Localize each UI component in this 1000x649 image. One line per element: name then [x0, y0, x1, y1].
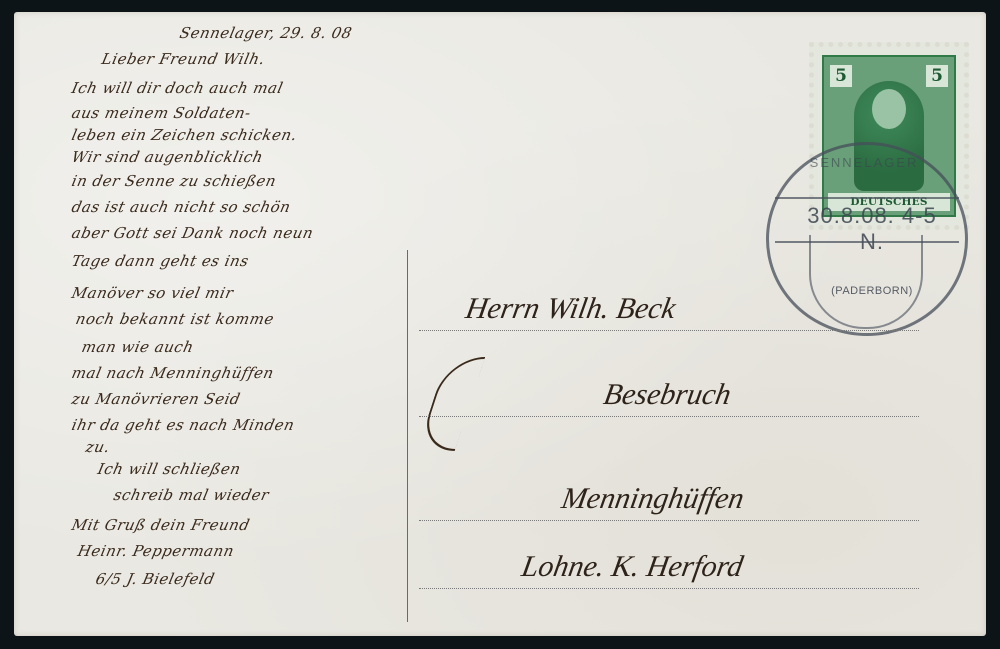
postmark-cancellation: SENNELAGER 30.8.08. 4-5 N. (PADERBORN): [766, 142, 968, 336]
center-divider-line: [407, 250, 408, 622]
message-salutation: Lieber Freund Wilh.: [100, 50, 267, 68]
postmark-top-text: SENNELAGER: [789, 155, 939, 170]
message-line: das ist auch nicht so schön: [70, 198, 292, 216]
message-line: Tage dann geht es ins: [70, 252, 250, 270]
message-closing: Mit Gruß dein Freund: [70, 516, 251, 534]
message-line: aber Gott sei Dank noch neun: [70, 224, 315, 242]
postcard-back: Sennelager, 29. 8. 08 Lieber Freund Wilh…: [14, 12, 986, 636]
germania-head: [872, 89, 906, 129]
address-dotted-line: [419, 416, 919, 417]
address-line-2: Besebruch: [601, 378, 734, 412]
address-line-4: Lohne. K. Herford: [519, 550, 746, 584]
address-line-3: Menninghüffen: [559, 482, 747, 516]
address-dotted-line: [419, 588, 919, 589]
message-line: aus meinem Soldaten-: [70, 104, 253, 122]
message-line: Wir sind augenblicklich: [70, 148, 265, 166]
message-line: mal nach Menninghüffen: [70, 364, 276, 382]
message-unit: 6/5 J. Bielefeld: [94, 570, 216, 588]
message-line: Manöver so viel mir: [70, 284, 235, 302]
message-line: noch bekannt ist komme: [74, 310, 276, 328]
message-signature: Heinr. Peppermann: [76, 542, 236, 560]
stamp-value-left: 5: [830, 65, 852, 87]
postmark-bottom-text: (PADERBORN): [817, 285, 927, 297]
message-line: in der Senne zu schießen: [70, 172, 278, 190]
address-flourish: [417, 357, 486, 451]
stamp-value-right: 5: [926, 65, 948, 87]
address-dotted-line: [419, 330, 919, 331]
message-line: zu.: [84, 438, 112, 456]
message-line: man wie auch: [80, 338, 195, 356]
postmark-bar-upper: [775, 197, 959, 199]
message-line: zu Manövrieren Seid: [70, 390, 242, 408]
postmark-inner-arc: [809, 235, 923, 329]
address-name: Herrn Wilh. Beck: [463, 292, 678, 326]
message-line: ihr da geht es nach Minden: [70, 416, 296, 434]
message-place-date: Sennelager, 29. 8. 08: [178, 24, 354, 42]
message-line: Ich will schließen: [96, 460, 242, 478]
message-line: Ich will dir doch auch mal: [70, 79, 285, 97]
address-dotted-line: [419, 520, 919, 521]
message-line: leben ein Zeichen schicken.: [70, 126, 299, 144]
message-line: schreib mal wieder: [112, 486, 271, 504]
